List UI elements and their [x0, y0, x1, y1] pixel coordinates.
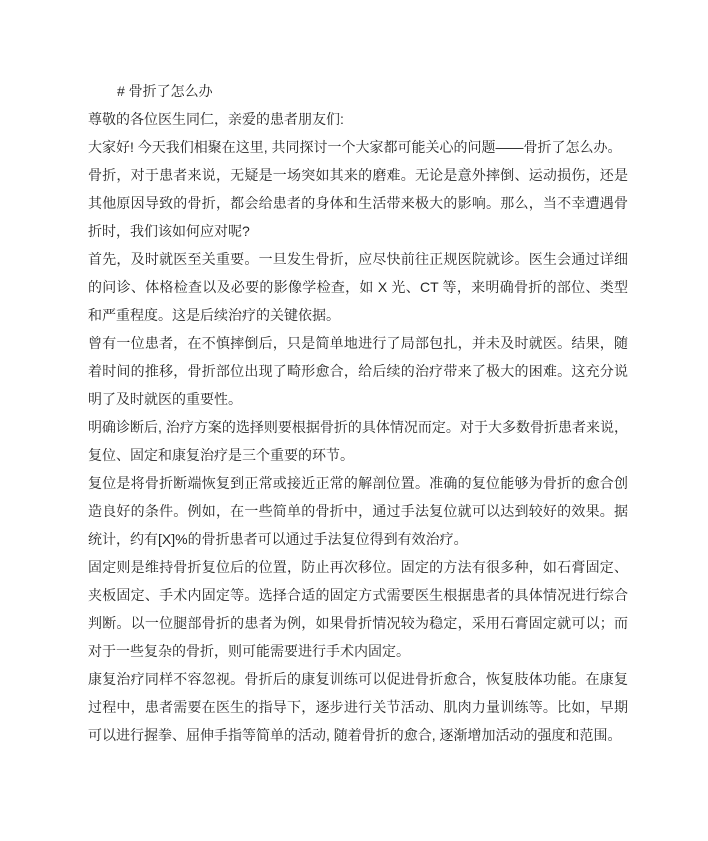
paragraph-patient-case: 曾有一位患者，在不慎摔倒后，只是简单地进行了局部包扎，并未及时就医。结果，随着时… — [88, 329, 628, 413]
document-page: # 骨折了怎么办 尊敬的各位医生同仁，亲爱的患者朋友们: 大家好! 今天我们相聚… — [0, 0, 708, 841]
document-heading: # 骨折了怎么办 — [88, 77, 628, 105]
paragraph-reduction: 复位是将骨折断端恢复到正常或接近正常的解剖位置。准确的复位能够为骨折的愈合创造良… — [88, 469, 628, 553]
paragraph-rehabilitation: 康复治疗同样不容忽视。骨折后的康复训练可以促进骨折愈合，恢复肢体功能。在康复过程… — [88, 665, 628, 749]
paragraph-greeting: 大家好! 今天我们相聚在这里, 共同探讨一个大家都可能关心的问题——骨折了怎么办… — [88, 133, 628, 161]
paragraph-treatment-plan: 明确诊断后, 治疗方案的选择则要根据骨折的具体情况而定。对于大多数骨折患者来说，… — [88, 413, 628, 469]
paragraph-intro: 骨折，对于患者来说，无疑是一场突如其来的磨难。无论是意外摔倒、运动损伤，还是其他… — [88, 161, 628, 245]
paragraph-fixation: 固定则是维持骨折复位后的位置，防止再次移位。固定的方法有很多种，如石膏固定、夹板… — [88, 553, 628, 665]
paragraph-salutation: 尊敬的各位医生同仁，亲爱的患者朋友们: — [88, 105, 628, 133]
paragraph-seek-medical-care: 首先，及时就医至关重要。一旦发生骨折，应尽快前往正规医院就诊。医生会通过详细的问… — [88, 245, 628, 329]
document-body: # 骨折了怎么办 尊敬的各位医生同仁，亲爱的患者朋友们: 大家好! 今天我们相聚… — [0, 0, 708, 749]
